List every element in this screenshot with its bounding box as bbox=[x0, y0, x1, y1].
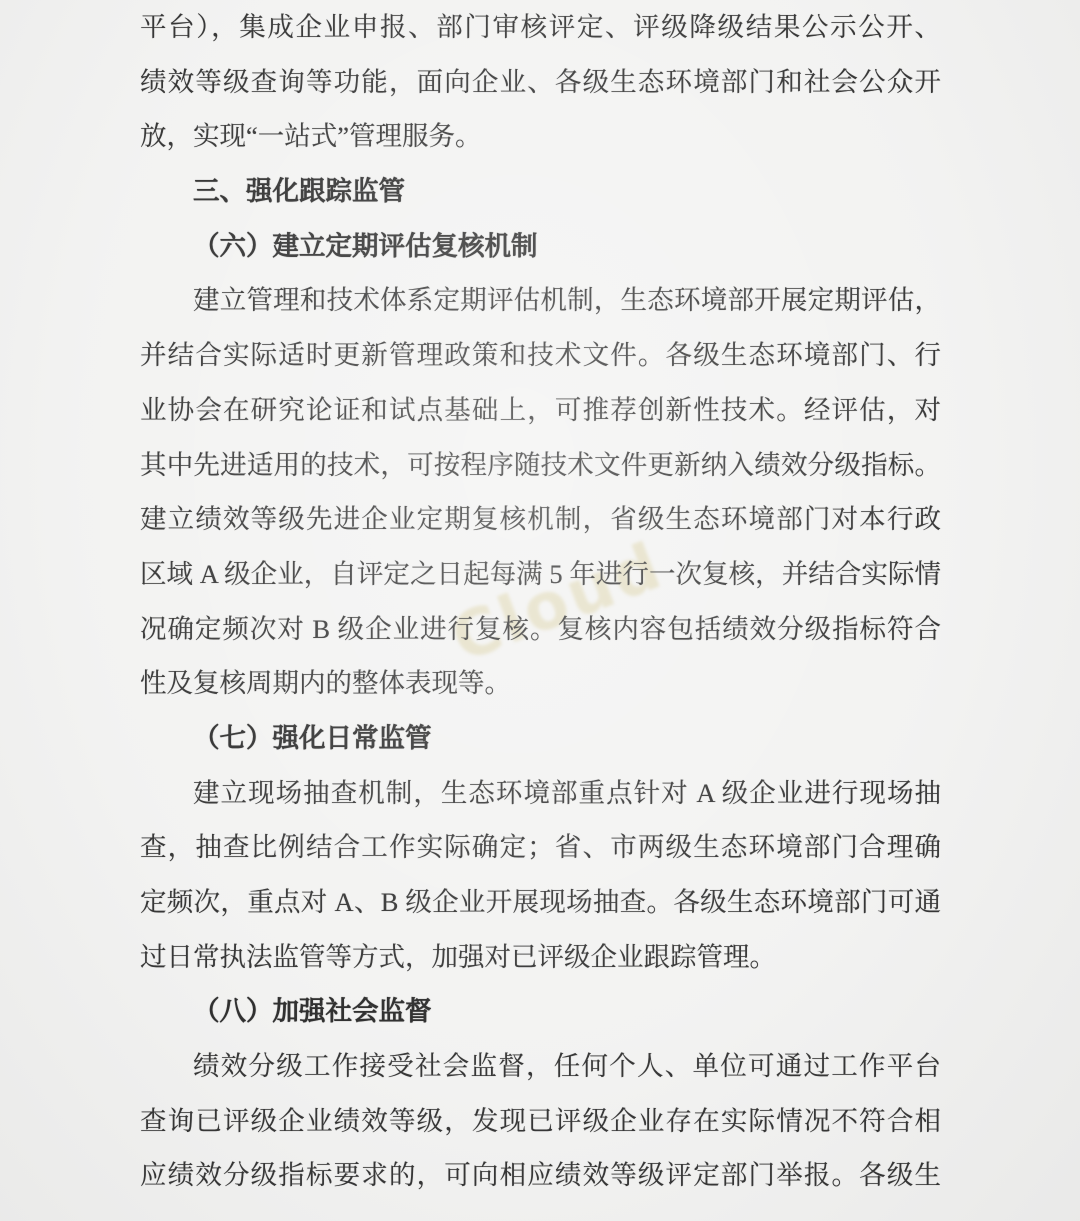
body-text-line: 建立管理和技术体系定期评估机制，生态环境部开展定期评估， bbox=[140, 273, 941, 328]
heading-line: （六）建立定期评估复核机制 bbox=[140, 219, 941, 274]
document-page: { "colors": { "page_background": "#f2f2f… bbox=[0, 0, 1080, 1221]
document-text-block: 平台），集成企业申报、部门审核评定、评级降级结果公示公开、绩效等级查询等功能，面… bbox=[140, 0, 941, 1203]
body-text-line: 过日常执法监管等方式，加强对已评级企业跟踪管理。 bbox=[140, 930, 941, 985]
body-text-line: 查，抽查比例结合工作实际确定；省、市两级生态环境部门合理确 bbox=[140, 820, 941, 875]
body-text-line: 放，实现“一站式”管理服务。 bbox=[140, 109, 941, 164]
heading-line: （七）强化日常监管 bbox=[140, 711, 941, 766]
body-text-line: 绩效分级工作接受社会监督，任何个人、单位可通过工作平台 bbox=[140, 1039, 941, 1094]
body-text-line: 平台），集成企业申报、部门审核评定、评级降级结果公示公开、 bbox=[140, 0, 941, 55]
body-text-line: 业协会在研究论证和试点基础上，可推荐创新性技术。经评估，对 bbox=[140, 383, 941, 438]
body-text-line: 应绩效分级指标要求的，可向相应绩效等级评定部门举报。各级生 bbox=[140, 1148, 941, 1203]
body-text-line: 定频次，重点对 A、B 级企业开展现场抽查。各级生态环境部门可通 bbox=[140, 875, 941, 930]
body-text-line: 建立现场抽查机制，生态环境部重点针对 A 级企业进行现场抽 bbox=[140, 766, 941, 821]
heading-line: （八）加强社会监督 bbox=[140, 984, 941, 1039]
heading-line: 三、强化跟踪监管 bbox=[140, 164, 941, 219]
body-text-line: 况确定频次对 B 级企业进行复核。复核内容包括绩效分级指标符合 bbox=[140, 602, 941, 657]
body-text-line: 区域 A 级企业，自评定之日起每满 5 年进行一次复核，并结合实际情 bbox=[140, 547, 941, 602]
body-text-line: 并结合实际适时更新管理政策和技术文件。各级生态环境部门、行 bbox=[140, 328, 941, 383]
body-text-line: 其中先进适用的技术，可按程序随技术文件更新纳入绩效分级指标。 bbox=[140, 438, 941, 493]
body-text-line: 性及复核周期内的整体表现等。 bbox=[140, 656, 941, 711]
body-text-line: 建立绩效等级先进企业定期复核机制，省级生态环境部门对本行政 bbox=[140, 492, 941, 547]
body-text-line: 绩效等级查询等功能，面向企业、各级生态环境部门和社会公众开 bbox=[140, 55, 941, 110]
body-text-line: 查询已评级企业绩效等级，发现已评级企业存在实际情况不符合相 bbox=[140, 1094, 941, 1149]
